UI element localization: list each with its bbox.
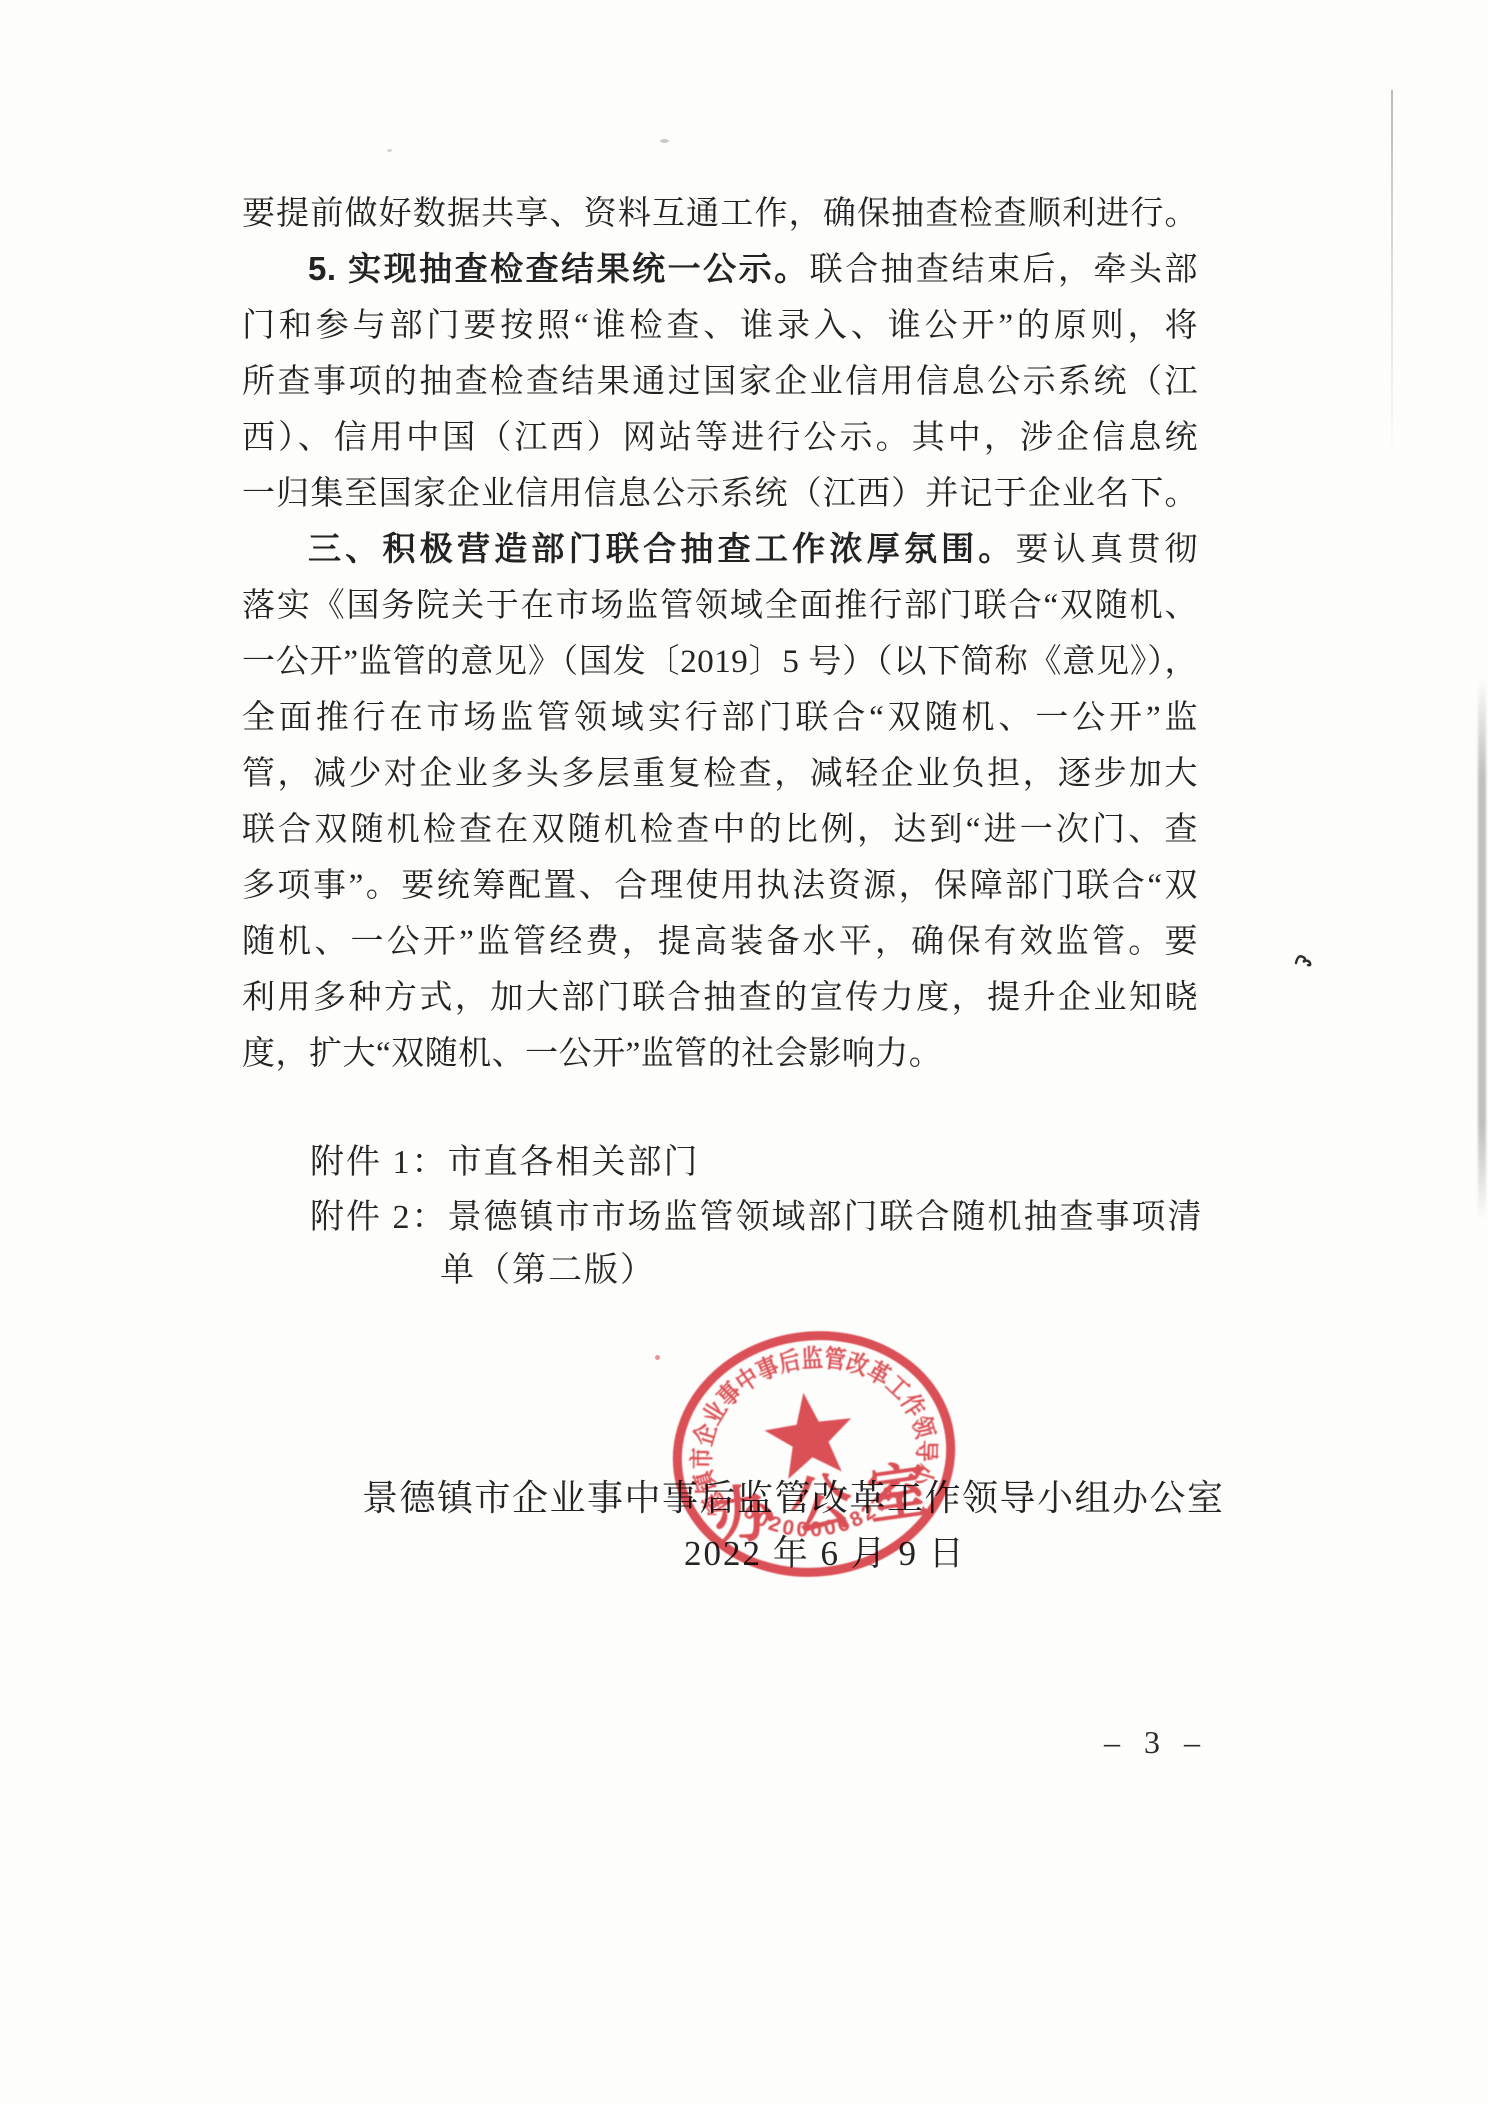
scan-artifact-vertical-line <box>1391 90 1393 460</box>
body-line: 5. 实现抽查检查结果统一公示。联合抽查结束后，牵头部 <box>242 242 1198 298</box>
body-line: 利用多种方式，加大部门联合抽查的宣传力度，提升企业知晓 <box>242 970 1198 1026</box>
body-line: 要提前做好数据共享、资料互通工作，确保抽查检查顺利进行。 <box>242 186 1198 242</box>
scan-speck <box>387 149 392 152</box>
body-line: 所查事项的抽查检查结果通过国家企业信用信息公示系统（江 <box>242 354 1198 410</box>
body-line: 多项事”。要统筹配置、合理使用执法资源，保障部门联合“双 <box>242 858 1198 914</box>
scanned-document-page: 要提前做好数据共享、资料互通工作，确保抽查检查顺利进行。 5. 实现抽查检查结果… <box>0 0 1488 2104</box>
scan-speck <box>655 1355 660 1360</box>
body-line: 全面推行在市场监管领域实行部门联合“双随机、一公开”监 <box>242 690 1198 746</box>
attachment-item-1: 附件 1：市直各相关部门 <box>310 1140 700 1186</box>
body-line: 一公开”监管的意见》（国发〔2019〕5 号）（以下简称《意见》）， <box>242 634 1198 690</box>
scan-artifact-edge-shadow <box>1478 680 1486 1220</box>
body-line: 西）、信用中国（江西）网站等进行公示。其中，涉企信息统 <box>242 410 1198 466</box>
official-seal: 景德镇市企业事中事后监管改革工作领导小组 办公室 602000068274 <box>648 1310 980 1598</box>
body-line-section-heading: 三、积极营造部门联合抽查工作浓厚氛围。要认真贯彻 <box>242 522 1198 578</box>
body-line: 门和参与部门要按照“谁检查、谁录入、谁公开”的原则，将 <box>242 298 1198 354</box>
body-line: 度，扩大“双随机、一公开”监管的社会影响力。 <box>242 1026 1198 1082</box>
body-line: 随机、一公开”监管经费，提高装备水平，确保有效监管。要 <box>242 914 1198 970</box>
scan-speck <box>660 139 669 143</box>
body-line: 一归集至国家企业信用信息公示系统（江西）并记于企业名下。 <box>242 466 1198 522</box>
body-line: 管，减少对企业多头多层重复检查，减轻企业负担，逐步加大 <box>242 746 1198 802</box>
attachment-item-2: 附件 2：景德镇市市场监管领域部门联合随机抽查事项清 <box>310 1195 1204 1241</box>
body-line: 联合双随机检查在双随机检查中的比例，达到“进一次门、查 <box>242 802 1198 858</box>
page-number: – 3 – <box>1096 1724 1216 1761</box>
ink-mark-artifact <box>1293 950 1315 970</box>
body-text: 要提前做好数据共享、资料互通工作，确保抽查检查顺利进行。 5. 实现抽查检查结果… <box>242 186 1198 1082</box>
body-line: 落实《国务院关于在市场监管领域全面推行部门联合“双随机、 <box>242 578 1198 634</box>
attachment-item-2-continuation: 单（第二版） <box>440 1248 656 1294</box>
